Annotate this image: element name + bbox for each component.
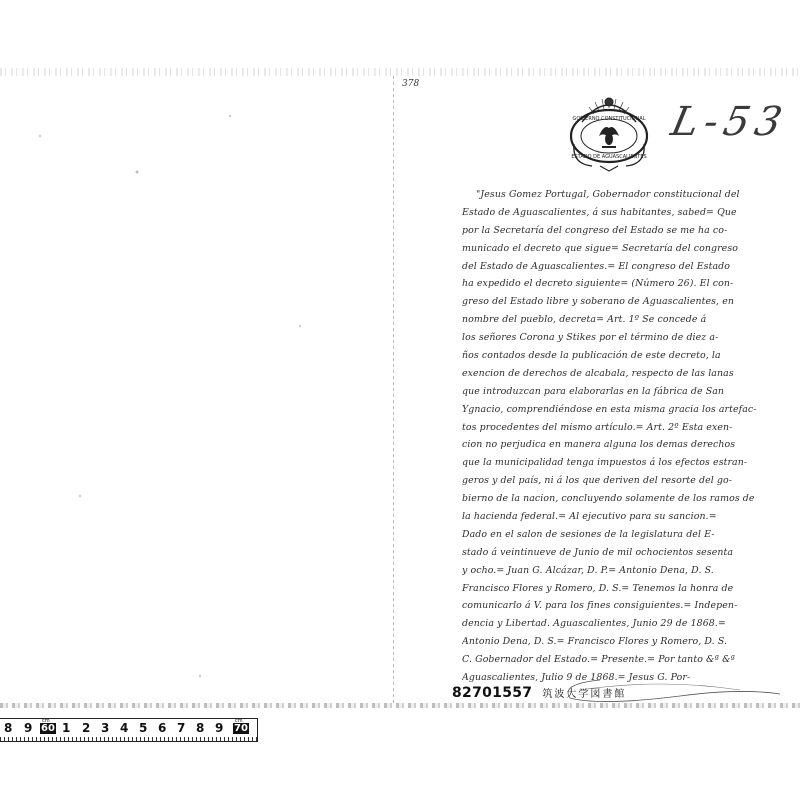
manuscript-line: Antonio Dena, D. S.= Francisco Flores y … bbox=[462, 633, 798, 651]
ruler-label-boxed: 70 bbox=[233, 723, 249, 734]
manuscript-line: comunicarlo á V. para los fines consigui… bbox=[462, 597, 798, 615]
manuscript-line: cion no perjudica en manera alguna los d… bbox=[462, 436, 798, 454]
stamp-id-number: 82701557 bbox=[452, 685, 532, 701]
manuscript-line: greso del Estado libre y soberano de Agu… bbox=[462, 293, 798, 311]
manuscript-line: ños contados desde la publicación de est… bbox=[462, 347, 798, 365]
manuscript-line: Dado en el salon de sesiones de la legis… bbox=[462, 526, 798, 544]
manuscript-line: Francisco Flores y Romero, D. S.= Tenemo… bbox=[462, 580, 798, 598]
manuscript-line: geros y del país, ni á los que deriven d… bbox=[462, 472, 798, 490]
manuscript-line: la hacienda federal.= Al ejecutivo para … bbox=[462, 508, 798, 526]
manuscript-line: que la municipalidad tenga impuestos á l… bbox=[462, 454, 798, 472]
measuring-ruler: 8 9 cm 60 1 2 3 4 5 6 7 8 9 cm 70 bbox=[0, 718, 258, 742]
library-stamp: 82701557 筑波大学図書館 bbox=[452, 685, 626, 701]
ruler-label: 8 bbox=[196, 721, 204, 735]
left-page-blank bbox=[0, 76, 392, 704]
government-seal-icon: GOBIERNO CONSTITUCIONAL ESTADO DE AGUASC… bbox=[562, 92, 656, 172]
ruler-label-boxed: 60 bbox=[40, 723, 56, 734]
ruler-label: 7 bbox=[177, 721, 185, 735]
manuscript-line: ha expedido el decreto siguiente= (Númer… bbox=[462, 275, 798, 293]
handwritten-shelf-mark: L-53 bbox=[668, 102, 791, 142]
ruler-label: 1 bbox=[62, 721, 70, 735]
manuscript-line: tos procedentes del mismo artículo.= Art… bbox=[462, 419, 798, 437]
ruler-label: 4 bbox=[120, 721, 128, 735]
ruler-label: 9 bbox=[24, 721, 32, 735]
ruler-label: 3 bbox=[101, 721, 109, 735]
manuscript-line: los señores Corona y Stikes por el térmi… bbox=[462, 329, 798, 347]
manuscript-text: "Jesus Gomez Portugal, Gobernador consti… bbox=[462, 186, 798, 687]
ruler-label: 6 bbox=[158, 721, 166, 735]
manuscript-line: dencia y Libertad. Aguascalientes, Junio… bbox=[462, 615, 798, 633]
svg-text:ESTADO DE AGUASCALIENTES: ESTADO DE AGUASCALIENTES bbox=[571, 154, 646, 160]
manuscript-line: por la Secretaría del congreso del Estad… bbox=[462, 222, 798, 240]
manuscript-line: "Jesus Gomez Portugal, Gobernador consti… bbox=[462, 186, 798, 204]
manuscript-line: bierno de la nacion, concluyendo solamen… bbox=[462, 490, 798, 508]
manuscript-line: C. Gobernador del Estado.= Presente.= Po… bbox=[462, 651, 798, 669]
ruler-label: 9 bbox=[215, 721, 223, 735]
ruler-label: 2 bbox=[82, 721, 90, 735]
manuscript-line: exencion de derechos de alcabala, respec… bbox=[462, 365, 798, 383]
manuscript-line: nombre del pueblo, decreta= Art. 1º Se c… bbox=[462, 311, 798, 329]
stamp-library-name: 筑波大学図書館 bbox=[542, 685, 626, 700]
manuscript-line: Ygnacio, comprendiéndose en esta misma g… bbox=[462, 401, 798, 419]
manuscript-line: y ocho.= Juan G. Alcázar, D. P.= Antonio… bbox=[462, 562, 798, 580]
svg-text:GOBIERNO CONSTITUCIONAL: GOBIERNO CONSTITUCIONAL bbox=[572, 116, 645, 122]
page-top-edge bbox=[0, 68, 800, 76]
manuscript-line: del Estado de Aguascalientes.= El congre… bbox=[462, 258, 798, 276]
page-number: 378 bbox=[402, 79, 419, 89]
manuscript-line: municado el decreto que sigue= Secretarí… bbox=[462, 240, 798, 258]
manuscript-line: stado á veintinueve de Junio de mil ocho… bbox=[462, 544, 798, 562]
ruler-label: 5 bbox=[139, 721, 147, 735]
ruler-label: 8 bbox=[4, 721, 12, 735]
book-gutter bbox=[393, 76, 394, 706]
manuscript-line: que introduzcan para elaborarlas en la f… bbox=[462, 383, 798, 401]
manuscript-line: Estado de Aguascalientes, á sus habitant… bbox=[462, 204, 798, 222]
